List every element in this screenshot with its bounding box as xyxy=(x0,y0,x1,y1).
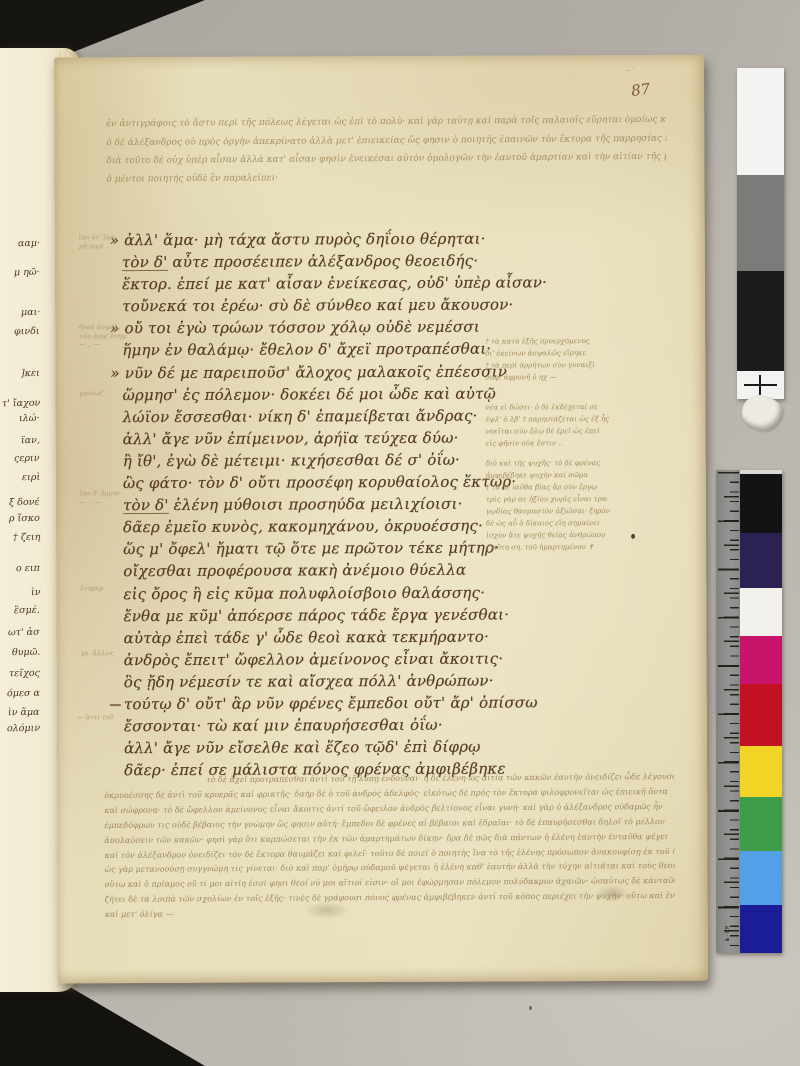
margin-note-line: εἰς φῆσιν οὐκ ἔστιν ‥ xyxy=(486,437,638,450)
color-patch-black xyxy=(740,474,782,533)
color-patch-darkblue xyxy=(740,905,782,953)
margin-note-line: † τὸ δὲ ἰαῦθα βίας ἂρ σὺν ἔργῳ xyxy=(486,481,638,494)
margin-note-line: ἰσχὺν ἅτε ψυχῆς θείας ἀνθρώπου xyxy=(486,529,638,542)
verso-line-fragment: όμεσ α xyxy=(7,688,40,700)
left-margin-note: ἔνημερ xyxy=(80,584,128,593)
margin-note-line: — ἀντὶ τοῦ xyxy=(77,713,125,722)
left-margin-note: θεοῦ ἀσφαλ. νῦν ἀσφ' ἕνημ — ‥ — xyxy=(79,323,127,349)
verse-line: τὸν δ' αὖτε προσέειπεν ἀλέξανδρος θεοειδ… xyxy=(110,249,580,273)
verse-line: οἴχεσθαι προφέρουσα κακὴ ἀνέμοιο θύελλα xyxy=(111,559,581,583)
verso-line-fragment: μαι· xyxy=(21,307,41,318)
top-scholia-block: ἐν ἀντιγράφοις τὸ ἄστυ περὶ τῆς πόλεως λ… xyxy=(106,112,666,188)
verse-line: ἀλλ' ἄγε νῦν εἴσελθε καὶ ἕζεο τῷδ' ἐπὶ δ… xyxy=(112,735,582,759)
margin-note-line: ἴαν δ' ὅρμην xyxy=(80,489,128,498)
verso-line-fragment: ὶν xyxy=(30,587,40,598)
margin-note-line: — ‥ — xyxy=(79,340,127,349)
pencil-mark: ·‥· xyxy=(620,64,636,73)
bottom-scholia-block: τὸ δὲ ἄχεϊ προτραπέσθαι ἀντὶ τοῦ τῇ λύπῃ… xyxy=(104,771,675,923)
verso-line-fragment: μ ηῶ· xyxy=(14,267,40,278)
ruler-ticks xyxy=(718,472,739,950)
color-patch-navy xyxy=(740,533,782,588)
verse-line: τούτῳ δ' οὔτ' ἂρ νῦν φρένες ἔμπεδοι οὔτ'… xyxy=(112,691,582,715)
verso-line-fragment: ρ ἴσκο xyxy=(9,513,40,525)
margin-note-line: γρ. ἄλλως xyxy=(81,649,129,658)
dash-mark xyxy=(110,704,121,706)
verso-line-fragment: φινδι xyxy=(14,326,40,337)
left-margin-note: ἴαν δ' ὅρμην — ‥ — xyxy=(80,489,128,506)
verso-line-fragment: ὶν ἅμα xyxy=(8,707,40,719)
verse-line: εἰς ὄρος ἢ εἰς κῦμα πολυφλοίσβοιο θαλάσσ… xyxy=(111,581,581,605)
verse-line: τοὔνεκά τοι ἐρέω· σὺ δὲ σύνθεο καί μευ ἄ… xyxy=(110,293,580,317)
margin-note-line: νέα εἰ δώσει· ὁ δὲ ἐκδέχεταί σε xyxy=(485,401,637,414)
verse-line: » ἀλλ' ἅμα· μὴ τάχα ἄστυ πυρὸς δηΐοιο θέ… xyxy=(110,227,580,251)
margin-note-line: ἔνημερ xyxy=(80,584,128,593)
right-margin-note: † τὰ κατὰ ἑξῆς προερχόμενος δι' ἐκείνων … xyxy=(485,335,637,384)
manuscript-page: ·‥· 87 ἐν ἀντιγράφοις τὸ ἄστυ περὶ τῆς π… xyxy=(54,55,708,984)
margin-note-line: † τὰ κατὰ ἑξῆς προερχόμενος xyxy=(485,335,637,348)
margin-note-line: † αὕτη ση. τοῦ ἡμαρτημένου ✝ xyxy=(486,541,638,554)
verso-line-fragment: ωτ' ἀσ xyxy=(8,627,40,639)
folio-number: 87 xyxy=(630,80,651,100)
verso-line-fragment: ο ειπ xyxy=(16,563,40,574)
grayscale-black-patch xyxy=(737,271,784,371)
margin-note-line: μανίωζ xyxy=(79,389,127,398)
verso-line-fragment: ϊαν, xyxy=(21,435,40,446)
left-margin-note: ἴαν ὅτ' ἴησ μὴ πυρί ‥ xyxy=(79,233,127,250)
right-margin-note: νέα εἰ δώσει· ὁ δὲ ἐκδέχεταί σε ἐψλ' ὁ λ… xyxy=(485,401,637,450)
ruler-scale-strip: №·CM xyxy=(716,470,740,953)
verso-line-fragment: τ' ἴαχον xyxy=(2,398,40,410)
verso-line-fragment: ξ δονέ xyxy=(9,497,40,509)
margin-note-line: δι' ἐκείνων ἀσφαλῶς εἴρηκε xyxy=(485,347,637,360)
scholia-line: ὁ μέντοι ποιητὴς οὐδὲ ἓν παραλείπει· xyxy=(106,168,341,188)
verso-line-fragment: θυμῶ. xyxy=(11,647,40,658)
left-margin-note: — ἀντὶ τοῦ xyxy=(77,713,125,722)
left-margin-note: γρ. ἄλλως xyxy=(81,649,129,658)
verse-line: ἔνθα με κῦμ' ἀπόερσε πάρος τάδε ἔργα γεν… xyxy=(111,603,581,627)
color-patch-green xyxy=(740,797,782,851)
parchment-stain xyxy=(596,885,630,901)
margin-note-line: σοφ. ἀφρονῆ ὀ ηχ — xyxy=(485,371,637,384)
manuscript-photo: ααμ· μ ηῶ· μαι· φινδι ]κει τ' ἴαχον ιλώ·… xyxy=(0,0,800,1066)
dust-speck xyxy=(529,1006,532,1010)
margin-note-line: ἐψλ' ὁ λβ' † παρησιάζεται ὡς ἐξ ἧς xyxy=(486,413,638,426)
verso-line-fragment: ιλώ· xyxy=(19,413,40,424)
margin-note-line: νῦν ἀσφ' ἕνημ xyxy=(79,332,127,341)
margin-note-line: τρὶς γὰρ σε ἠξίου χωρὶς εἶναι τρα- xyxy=(486,493,638,506)
verse-line: ὃς ᾔδη νέμεσίν τε καὶ αἴσχεα πόλλ' ἀνθρώ… xyxy=(112,669,582,693)
verse-line: ἀνδρὸς ἔπειτ' ὤφελλον ἀμείνονος εἶναι ἄκ… xyxy=(112,647,582,671)
verse-line: ἕκτορ. ἐπεί με κατ' αἶσαν ἐνείκεσας, οὐδ… xyxy=(110,271,580,295)
margin-note-line: — ‥ — xyxy=(80,498,128,507)
margin-note-line: μὴ πυρί ‥ xyxy=(79,242,127,251)
crumpled-paper-scrap xyxy=(740,393,785,433)
verso-line-fragment: τεῖχος xyxy=(9,668,40,680)
left-margin-note: μανίωζ xyxy=(79,389,127,398)
color-patch-column xyxy=(740,470,782,953)
verso-line-fragment: ἓσμέ. xyxy=(14,605,40,616)
ruler-label: №·CM xyxy=(725,885,731,941)
verso-line-fragment: ολόμιν xyxy=(7,723,40,735)
underline-mark xyxy=(123,513,169,515)
color-patch-lightblue xyxy=(740,851,782,905)
verso-line-fragment: ααμ· xyxy=(18,238,40,249)
verso-line-fragment: ]κει xyxy=(21,368,40,379)
scholia-line: καὶ μετ' ὀλίγα — xyxy=(105,904,675,923)
color-patch-white xyxy=(740,588,782,636)
grayscale-gray-patch xyxy=(737,175,784,271)
margin-note-line: ἴαν ὅτ' ἴησ xyxy=(79,233,127,242)
margin-note-line: γῳδίας θαυμαστὸν ἀξιῶσαι· ξηρὸν xyxy=(486,505,638,518)
color-patch-magenta xyxy=(740,636,782,684)
margin-note-line: θεοῦ ἀσφαλ. xyxy=(79,323,127,332)
margin-note-line: νοεῖται σὺν ὅλῳ δὲ ἐρεῖ ὡς ἐπεὶ xyxy=(486,425,638,438)
grayscale-calibration-card xyxy=(737,68,784,399)
underline-mark xyxy=(122,270,168,272)
color-patch-yellow xyxy=(740,746,782,797)
margin-note-line: ἀμφιβέβηκε ψυχὴν καὶ σῶμα xyxy=(486,469,638,482)
scholia-line: διὰ τοῦτο δὲ οὐχ ὑπὲρ αἶσαν ἀλλὰ κατ' αἶ… xyxy=(106,148,666,171)
margin-note-line: † τὰ περὶ ἀρρήτων σὺν γυναιξὶ xyxy=(485,359,637,372)
verse-line: αὐτὰρ ἐπεὶ τάδε γ' ὧδε θεοὶ κακὰ τεκμήρα… xyxy=(111,625,581,649)
verso-line-fragment: ειρὶ xyxy=(22,472,40,483)
verso-line-fragment: ςεριν xyxy=(14,453,40,464)
margin-note-line: δὲ ὡς αὖ ὁ δίκαιος εἴη σημαίνει xyxy=(486,517,638,530)
color-patch-red xyxy=(740,684,782,746)
grayscale-white-patch xyxy=(737,68,784,175)
margin-note-line: διὸ καὶ τῆς ψυχῆς· τὸ δὲ φρένας xyxy=(486,457,638,470)
color-calibration-ruler: №·CM xyxy=(716,470,782,953)
cross-icon xyxy=(759,375,761,395)
right-margin-note: διὸ καὶ τῆς ψυχῆς· τὸ δὲ φρένας ἀμφιβέβη… xyxy=(486,457,638,554)
verse-line: ἔσσονται· τὼ καί μιν ἐπαυρήσεσθαι ὀΐω· xyxy=(112,713,582,737)
verso-line-fragment: † ζειη xyxy=(12,532,40,543)
ink-blot xyxy=(631,534,635,539)
